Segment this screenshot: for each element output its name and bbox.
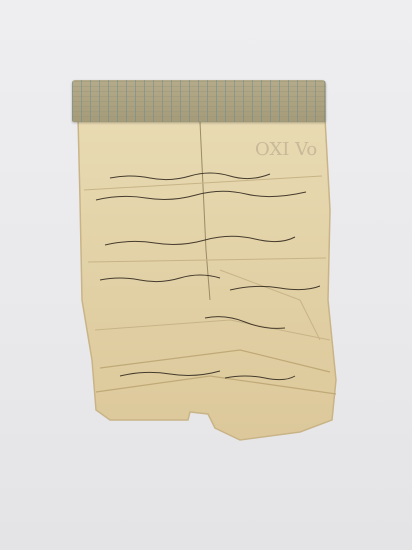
cloth-binding-strip: [72, 80, 326, 122]
svg-text:OXI Vo: OXI Vo: [255, 139, 317, 160]
